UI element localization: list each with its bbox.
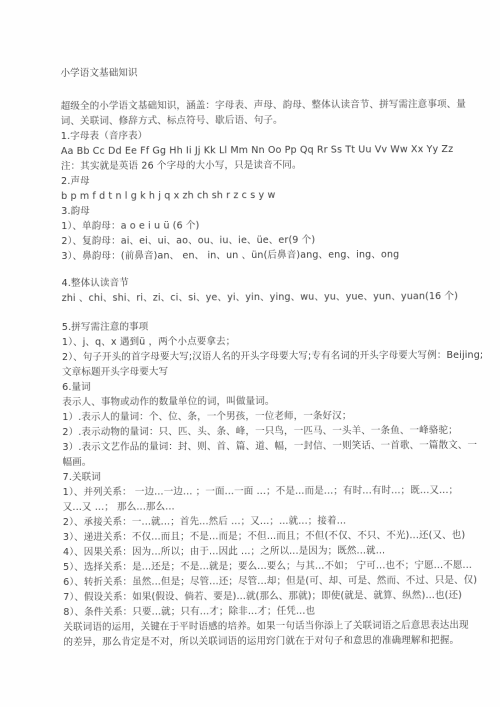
text-line: 3）、鼻韵母：(前鼻音)an、 en、 in、un 、ün(后鼻音)ang、en…	[61, 247, 461, 264]
text-line: 3）.表示文艺作品的量词：封、则、首、篇、道、幅，一封信、一则笑话、一首歌、一篇…	[62, 438, 462, 455]
text-line: 3）、递进关系：不仅...而且；不是...而是；不但...而且；不但(不仅、不只…	[63, 528, 463, 545]
document-page: 小学语文基础知识超级全的小学语文基础知识，涵盖：字母表、声母、韵母、整体认读音节…	[0, 0, 500, 707]
text-line: 1）、并列关系： 一边...一边... ；一面...一面 ...；不是...而是…	[63, 483, 463, 500]
text-line: Aa Bb Cc Dd Ee Ff Gg Hh Ii Jj Kk Ll Mm N…	[61, 142, 461, 159]
document-body: 小学语文基础知识超级全的小学语文基础知识，涵盖：字母表、声母、韵母、整体认读音节…	[60, 64, 463, 650]
text-line: 7）、假设关系：如果(假设、倘若、要是)...就(那么、那就)；即使(就是、就算…	[63, 588, 463, 605]
text-line: 超级全的小学语文基础知识，涵盖：字母表、声母、韵母、整体认读音节、拼写需注意事项…	[61, 97, 461, 114]
document-title: 小学语文基础知识	[60, 64, 460, 81]
text-line: 的差异，那么肯定是不对，所以关联词语的运用窍门就在于对句子和意思的准确理解和把握…	[63, 633, 463, 650]
text-line: 2）、句子开头的首字母要大写;汉语人名的开头字母要大写;专有名词的开头字母要大写…	[62, 348, 462, 365]
text-line: zhi 、chi、shi、ri、zi、ci、si、ye、yi、yin、ying、…	[62, 289, 462, 306]
